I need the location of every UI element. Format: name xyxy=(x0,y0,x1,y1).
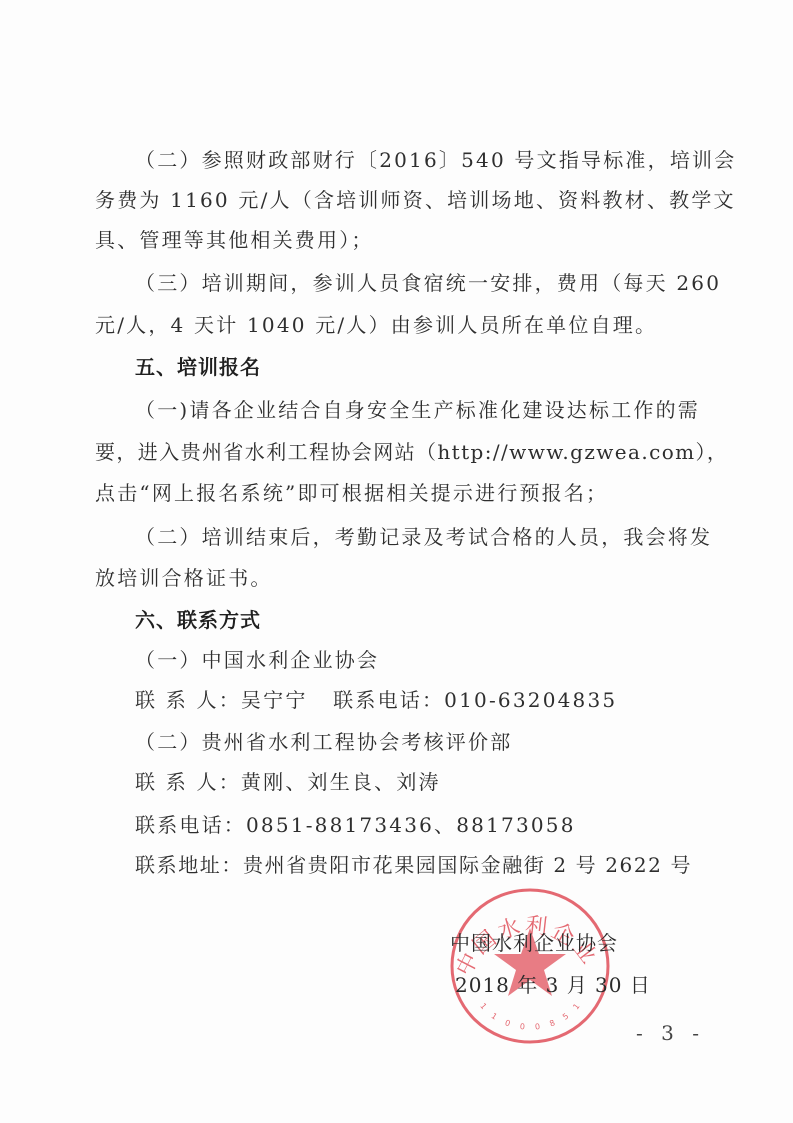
paragraph-line: 点击“网上报名系统”即可根据相关提示进行预报名； xyxy=(95,479,685,507)
paragraph-line-with-url: 要，进入贵州省水利工程协会网站（http://www.gzwea.com）， xyxy=(95,438,685,466)
document-page: （二）参照财政部财行〔2016〕540 号文指导标准，培训会 务费为 1160 … xyxy=(0,0,793,1123)
paragraph-line: 放培训合格证书。 xyxy=(95,564,685,592)
section-heading-registration: 五、培训报名 xyxy=(135,353,725,381)
official-seal-stamp: 中国水利企业协会 1 1 0 0 0 8 5 1 2 9 0 1 8 xyxy=(448,886,612,1046)
contact-person-1: 联 系 人：吴宁宁 联系电话：010-63204835 xyxy=(135,686,725,714)
paragraph-line: 元/人，4 天计 1040 元/人）由参训人员所在单位自理。 xyxy=(95,311,685,339)
paragraph-line: （二）参照财政部财行〔2016〕540 号文指导标准，培训会 xyxy=(135,146,725,174)
paragraph-line: 务费为 1160 元/人（含培训师资、培训场地、资料教材、教学文 xyxy=(95,186,685,214)
contact-org-1: （一）中国水利企业协会 xyxy=(135,646,725,674)
page-number: - 3 - xyxy=(636,1021,705,1045)
signature-org: 中国水利企业协会 xyxy=(450,929,618,957)
paragraph-line: （三）培训期间，参训人员食宿统一安排，费用（每天 260 xyxy=(135,269,725,297)
contact-person-2: 联 系 人：黄刚、刘生良、刘涛 xyxy=(135,768,725,796)
contact-phone-2: 联系电话：0851-88173436、88173058 xyxy=(135,811,725,839)
paragraph-line: （一)请各企业结合自身安全生产标准化建设达标工作的需 xyxy=(135,396,725,424)
contact-address-2: 联系地址：贵州省贵阳市花果园国际金融街 2 号 2622 号 xyxy=(135,851,725,879)
contact-org-2: （二）贵州省水利工程协会考核评价部 xyxy=(135,728,725,756)
paragraph-line: （二）培训结束后，考勤记录及考试合格的人员，我会将发 xyxy=(135,523,725,551)
section-heading-contact: 六、联系方式 xyxy=(135,606,725,634)
signature-date: 2018 年 3 月 30 日 xyxy=(455,971,651,999)
paragraph-line: 具、管理等其他相关费用）； xyxy=(95,226,685,254)
